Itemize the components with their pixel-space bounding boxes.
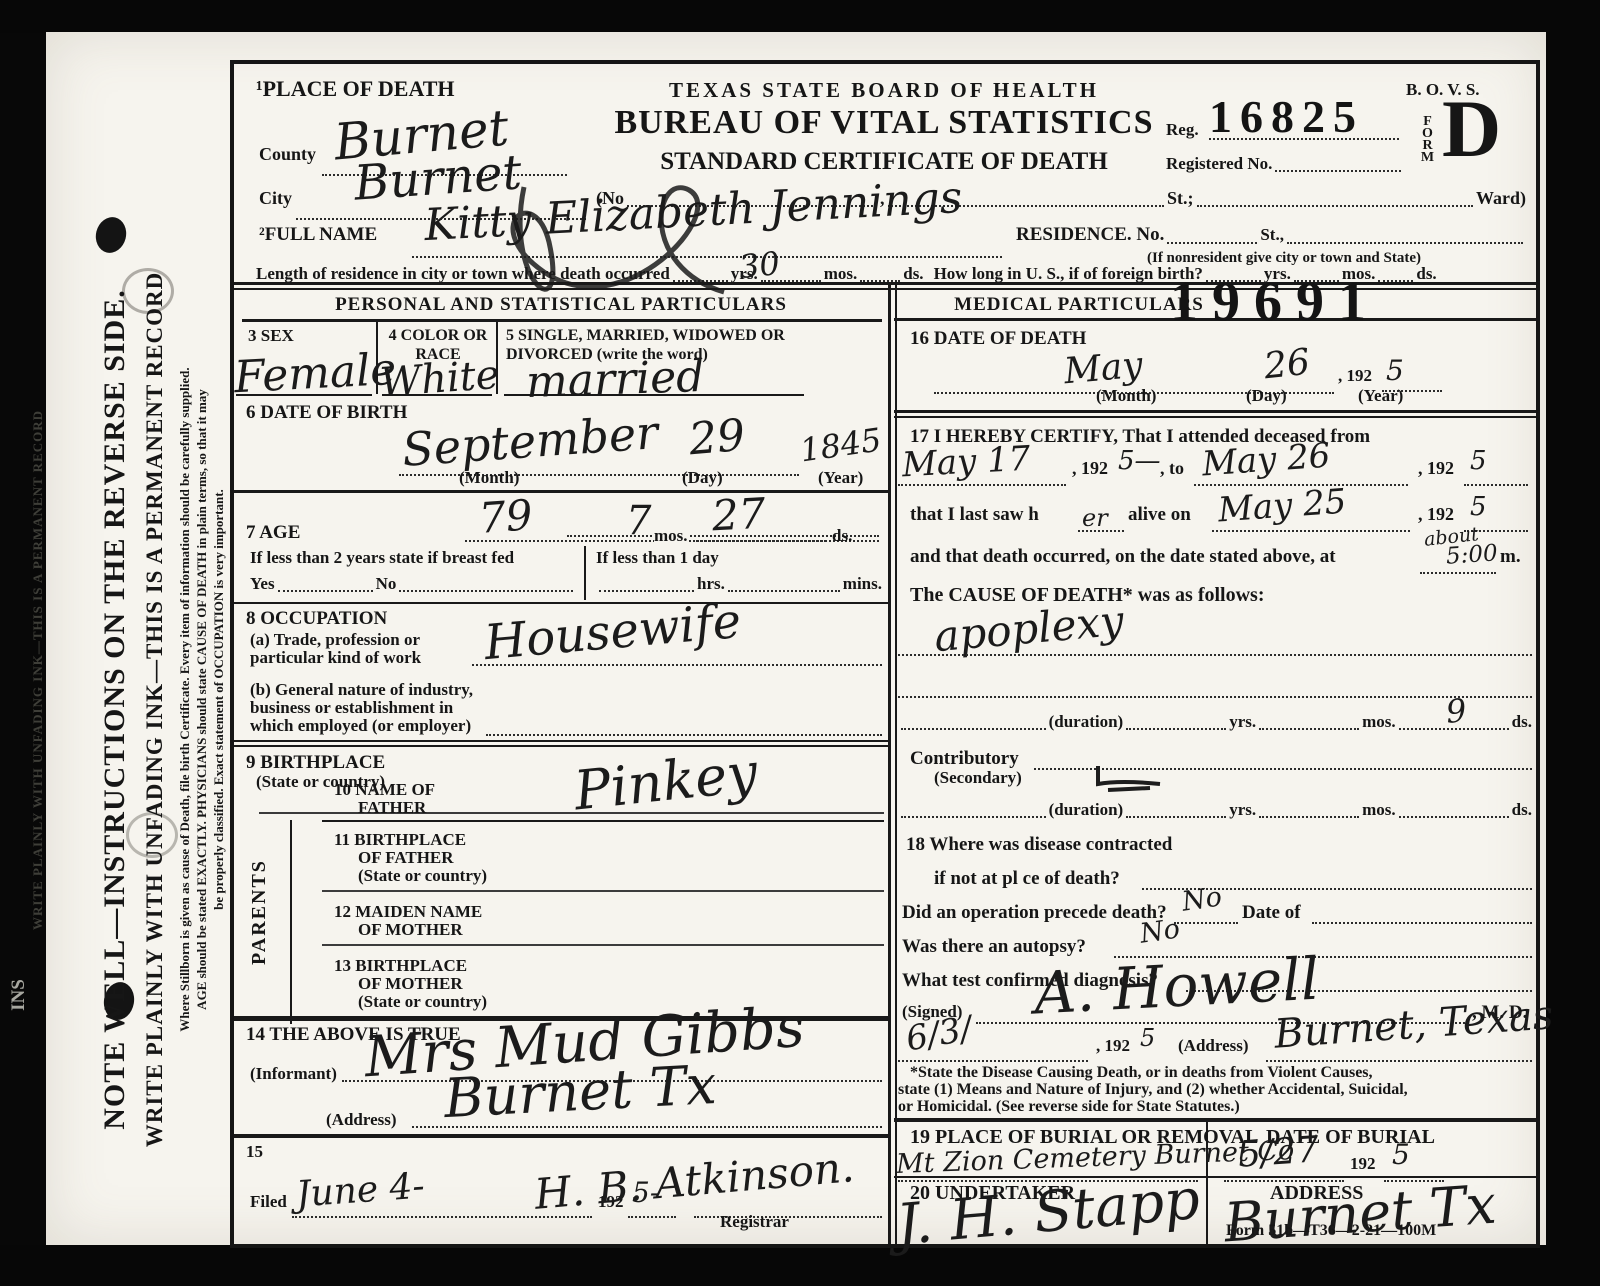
- sidebar-instruction-main: NOTE WELL—INSTRUCTIONS ON THE REVERSE SI…: [98, 202, 134, 1217]
- attended-year1-value: 5—: [1118, 446, 1161, 476]
- occupation-label: 8 OCCUPATION: [246, 608, 387, 630]
- attended-year2-value: 5: [1470, 446, 1487, 476]
- certificate-form: ¹PLACE OF DEATH TEXAS STATE BOARD OF HEA…: [230, 60, 1540, 1248]
- sign-year-value: 5: [1140, 1024, 1155, 1052]
- place-of-death-label: ¹PLACE OF DEATH: [256, 76, 455, 102]
- dod-pre-year: , 192: [1338, 366, 1372, 386]
- occupation-b2: business or establishment in: [250, 698, 453, 718]
- form-word-vertical: FORM: [1419, 114, 1435, 194]
- less-one-day-label: If less than 1 day: [596, 548, 719, 568]
- dod-year-caption: (Year): [1358, 386, 1403, 406]
- last-saw-her-line: [1078, 522, 1124, 532]
- color-underline: [382, 394, 492, 396]
- attended-to-label: , to: [1160, 458, 1184, 479]
- burial-top-rule: [894, 1118, 1536, 1122]
- mother-name-label2: OF MOTHER: [358, 920, 463, 940]
- reg-number-stamp: 16825: [1209, 90, 1364, 143]
- registrar-label: Registrar: [720, 1212, 789, 1232]
- death-m-label: m.: [1500, 546, 1521, 568]
- dob-day-caption: (Day): [682, 468, 723, 488]
- parents-bracket-line: [290, 820, 292, 1024]
- footnote-line1: *State the Disease Causing Death, or in …: [910, 1064, 1373, 1082]
- duration-mos-1: mos.: [1362, 712, 1396, 732]
- sign-192-label: , 192: [1096, 1036, 1130, 1056]
- occupation-a1: (a) Trade, profession or: [250, 630, 420, 650]
- age-ds-line: [696, 530, 826, 542]
- father-bp-label3: (State or country): [358, 866, 487, 886]
- operation-line-2: [1312, 912, 1532, 924]
- burial-date-value: 5/27: [1237, 1129, 1321, 1176]
- city-label: City: [259, 188, 292, 209]
- edge-strip-left: WRITE PLAINLY WITH UNFADING INK—THIS IS …: [0, 0, 46, 1286]
- duration-ds-2: ds.: [1512, 800, 1532, 820]
- color-value: White: [379, 352, 501, 406]
- ink-mark-contributory: [1090, 764, 1170, 794]
- dob-day-value: 29: [687, 410, 747, 466]
- duration-label-2: (duration): [1049, 800, 1124, 820]
- column-divider-1: [888, 284, 891, 1244]
- undertaker-address-value: Burnet Tx: [1222, 1173, 1498, 1255]
- duration-row-1: (duration) yrs. mos. ds.: [898, 712, 1532, 732]
- sex-label: 3 SEX: [248, 326, 294, 346]
- occupation-b-line: [486, 722, 882, 736]
- death-occurred-label: and that death occurred, on the date sta…: [910, 546, 1336, 568]
- duration-ds-1: ds.: [1512, 712, 1532, 732]
- residence-row: RESIDENCE. No. St.,: [1016, 224, 1526, 246]
- mother-bp-label1: 13 BIRTHPLACE: [334, 956, 467, 976]
- reg-label: Reg.: [1166, 120, 1199, 140]
- edge-strip-bottom: [0, 1245, 1600, 1286]
- registered-no-label: Registered No.: [1166, 154, 1272, 174]
- column-divider-2: [895, 284, 897, 1244]
- attended-year2-line: [1464, 474, 1528, 486]
- certify-rule-2: [894, 416, 1536, 418]
- father-bp-underline: [322, 890, 884, 892]
- yes-label: Yes: [250, 574, 275, 594]
- cause-line-2: [898, 686, 1532, 698]
- birthplace-blank-line: [259, 812, 884, 814]
- burial-192-label: 192: [1350, 1154, 1376, 1174]
- mother-bp-label2: OF MOTHER: [358, 974, 463, 994]
- attended-192b: , 192: [1418, 458, 1454, 479]
- death-time-line: [1420, 564, 1496, 574]
- father-name-label1: 10 NAME OF: [334, 780, 435, 800]
- fullname-label: ²FULL NAME: [259, 224, 377, 246]
- dod-month-caption: (Month): [1096, 386, 1156, 406]
- duration-label-1: (duration): [1049, 712, 1124, 732]
- occupation-a-line: [472, 652, 882, 666]
- st-semi-label: St.;: [1167, 188, 1194, 209]
- certify-rule-1: [894, 410, 1536, 413]
- occupation-b3: which employed (or employer): [250, 716, 471, 736]
- dod-label: 16 DATE OF DEATH: [910, 328, 1086, 350]
- sign-date-line: [898, 1050, 1088, 1062]
- contributory-label: Contributory: [910, 748, 1019, 770]
- birthplace-rule-1: [234, 740, 888, 742]
- marital-underline: [504, 394, 804, 396]
- dob-month-caption: (Month): [459, 468, 519, 488]
- burial-year-value: 5: [1392, 1138, 1410, 1171]
- yes-no-row: Yes No: [250, 574, 576, 594]
- edge-bleed-text: WRITE PLAINLY WITH UNFADING INK—THIS IS …: [30, 180, 46, 1160]
- mins-label: mins.: [843, 574, 882, 594]
- dob-year-value: 1845: [798, 421, 884, 470]
- duration-ds-value: 9: [1444, 691, 1468, 731]
- autopsy-value: No: [1138, 913, 1182, 949]
- ds-label2: ds.: [1416, 264, 1436, 284]
- duration-yrs-2: yrs.: [1229, 800, 1256, 820]
- footnote-line3: or Homicidal. (See reverse side for Stat…: [898, 1098, 1240, 1116]
- mother-name-label1: 12 MAIDEN NAME: [334, 902, 482, 922]
- sex-underline: [236, 394, 372, 396]
- father-name-value: Pinkey: [571, 741, 760, 823]
- father-name-label2: FATHER: [358, 798, 426, 818]
- occupation-top-rule: [234, 602, 888, 604]
- sidebar-note-line1: Where Stillborn is given as cause of Dea…: [176, 177, 193, 1222]
- duration-mos-2: mos.: [1362, 800, 1396, 820]
- alive-on-label: alive on: [1128, 504, 1191, 526]
- attended-from-line: [898, 474, 1066, 486]
- contracted-label-1: 18 Where was disease contracted: [906, 834, 1172, 856]
- sidebar-note-line3: be properly classified. Exact statement …: [210, 177, 227, 1222]
- hrs-label: hrs.: [697, 574, 725, 594]
- footnote-line2: state (1) Means and Nature of Injury, an…: [898, 1081, 1408, 1099]
- occupation-a2: particular kind of work: [250, 648, 421, 668]
- certificate-paper: NOTE WELL—INSTRUCTIONS ON THE REVERSE SI…: [46, 32, 1546, 1245]
- dod-day-caption: (Day): [1246, 386, 1287, 406]
- last-saw-192: , 192: [1418, 504, 1454, 525]
- mother-name-underline: [322, 944, 884, 946]
- personal-section-title: PERSONAL AND STATISTICAL PARTICULARS: [234, 294, 888, 316]
- ds-label: ds.: [903, 264, 923, 284]
- last-saw-label: that I last saw h: [910, 504, 1039, 526]
- sidebar-note-line2: AGE should be stated EXACTLY. PHYSICIANS…: [193, 177, 210, 1222]
- filed-label: Filed: [250, 1192, 287, 1212]
- sidebar-fine-print: Where Stillborn is given as cause of Dea…: [176, 177, 230, 1222]
- age-label: 7 AGE: [246, 522, 300, 544]
- informant-address-label: (Address): [326, 1110, 397, 1130]
- contracted-label-2: if not at pl ce of death?: [934, 868, 1120, 890]
- cause-line-1: [898, 644, 1532, 656]
- last-saw-year-value: 5: [1470, 492, 1487, 522]
- sex-row-top-rule: [242, 319, 882, 322]
- operation-line-1: [1174, 912, 1238, 924]
- father-name-underline: [322, 820, 884, 822]
- breast-fed-label: If less than 2 years state if breast fed: [250, 548, 514, 568]
- registered-no-row: Registered No.: [1166, 154, 1404, 174]
- date-of-label: Date of: [1242, 902, 1301, 924]
- age-mos-unit: mos.: [654, 526, 688, 546]
- informant-address-line: [412, 1114, 882, 1128]
- breast-fed-divider: [584, 546, 586, 600]
- age-ds-unit: ds.: [832, 526, 852, 546]
- age-top-rule: [234, 490, 888, 493]
- sign-address-line: [1266, 1050, 1532, 1062]
- secondary-label: (Secondary): [934, 768, 1022, 788]
- sidebar-instruction-ink: WRITE PLAINLY WITH UNFADING INK—THIS IS …: [142, 202, 172, 1217]
- edge-fragment-text: INS: [8, 960, 30, 1030]
- last-saw-line: [1212, 522, 1410, 532]
- dob-label: 6 DATE OF BIRTH: [246, 402, 407, 424]
- dob-year-caption: (Year): [818, 468, 863, 488]
- informant-label: (Informant): [250, 1064, 337, 1084]
- form-letter-d: D: [1442, 88, 1501, 170]
- occupation-b1: (b) General nature of industry,: [250, 680, 473, 700]
- mother-bp-label3: (State or country): [358, 992, 487, 1012]
- st-comma-label: St.,: [1260, 225, 1284, 245]
- father-bp-label1: 11 BIRTHPLACE: [334, 830, 466, 850]
- ward-label: Ward): [1476, 188, 1526, 209]
- birthplace-rule-2: [234, 745, 888, 747]
- sign-address-label: (Address): [1178, 1036, 1249, 1056]
- board-title: TEXAS STATE BOARD OF HEALTH: [534, 78, 1234, 103]
- edge-strip-top: [0, 0, 1600, 33]
- father-bp-label2: OF FATHER: [358, 848, 454, 868]
- autopsy-label: Was there an autopsy?: [902, 936, 1086, 958]
- birthplace-label: 9 BIRTHPLACE: [246, 752, 385, 774]
- no-label: No: [376, 574, 397, 594]
- bureau-title: BUREAU OF VITAL STATISTICS: [534, 104, 1234, 142]
- duration-yrs-1: yrs.: [1229, 712, 1256, 732]
- county-label: County: [259, 144, 316, 165]
- scanned-death-certificate: WRITE PLAINLY WITH UNFADING INK—THIS IS …: [0, 0, 1600, 1286]
- hrs-mins-row: hrs. mins.: [596, 574, 882, 594]
- form-number: Form 51b—T36—2-21—100M: [1226, 1222, 1436, 1240]
- edge-strip-right: [1546, 0, 1600, 1286]
- duration-row-2: (duration) yrs. mos. ds.: [898, 800, 1532, 820]
- filed-top-rule: [234, 1134, 888, 1138]
- how-long-label: How long in U. S., if of foreign birth?: [934, 264, 1203, 284]
- attended-192a: , 192: [1072, 458, 1108, 479]
- item15-label: 15: [246, 1142, 263, 1162]
- medical-number-stamp: 19691: [1170, 270, 1380, 334]
- operation-label: Did an operation precede death?: [902, 902, 1167, 924]
- marital-value: married: [525, 351, 705, 408]
- residence-label: RESIDENCE. No.: [1016, 224, 1164, 246]
- parents-vertical-label: PARENTS: [248, 812, 274, 1012]
